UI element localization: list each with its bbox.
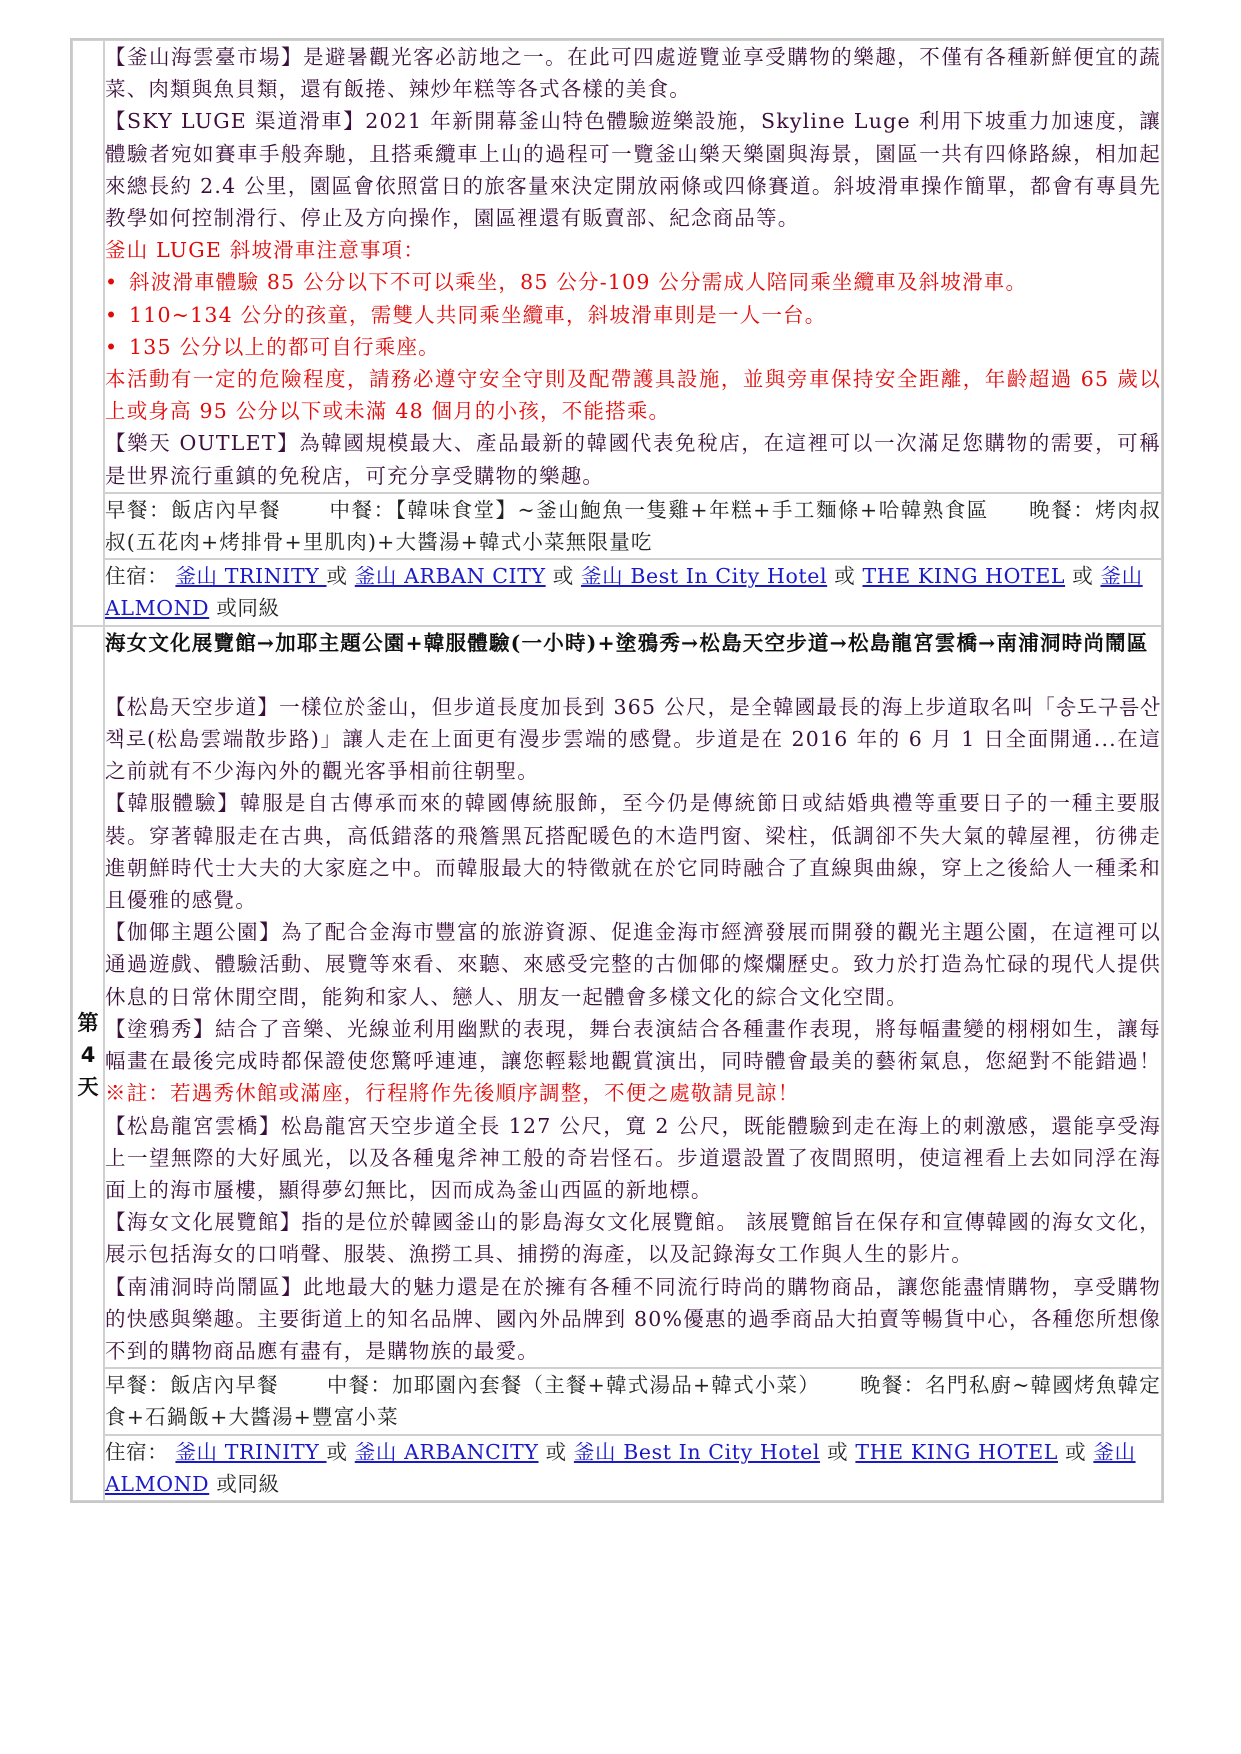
bullet-icon: •	[105, 299, 129, 331]
luge-notice-title: 釜山 LUGE 斜坡滑車注意事項：	[105, 234, 1161, 266]
hotel-link-arbancity[interactable]: 釜山 ARBANCITY	[355, 1440, 539, 1464]
day4-day-label: 第 4 天	[72, 626, 104, 1501]
paragraph-haenyeo-museum: 【海女文化展覽館】指的是位於韓國釜山的影島海女文化展覽館。 該展覽館旨在保存和宣…	[105, 1206, 1161, 1270]
hotel-link-the-king[interactable]: THE KING HOTEL	[855, 1440, 1058, 1464]
day3-day-column	[72, 40, 104, 626]
bullet-icon: •	[105, 266, 129, 298]
paragraph-lotte-outlet: 【樂天 OUTLET】為韓國規模最大、產品最新的韓國代表免稅店，在這裡可以一次滿…	[105, 427, 1161, 491]
day4-route-title: 海女文化展覽館→加耶主題公園+韓服體驗(一小時)+塗鴉秀→松島天空步道→松島龍宮…	[105, 627, 1161, 659]
paragraph-haeundae-market: 【釜山海雲臺市場】是避暑觀光客必訪地之一。在此可四處遊覽並享受購物的樂趣，不僅有…	[105, 41, 1161, 105]
paragraph-hanbok-experience: 【韓服體驗】韓服是自古傳承而來的韓國傳統服飾，至今仍是傳統節日或結婚典禮等重要日…	[105, 787, 1161, 916]
day3-hotel-cell: 住宿： 釜山 TRINITY 或 釜山 ARBAN CITY 或 釜山 Best…	[104, 559, 1162, 625]
lunch: 中餐：【韓味食堂】~釜山鮑魚一隻雞+年糕+手工麵條+哈韓熟食區	[329, 498, 989, 522]
breakfast: 早餐：飯店內早餐	[105, 1373, 279, 1397]
itinerary-page: 【釜山海雲臺市場】是避暑觀光客必訪地之一。在此可四處遊覽並享受購物的樂趣，不僅有…	[70, 38, 1164, 1503]
paragraph-gaya-theme-park: 【伽倻主題公園】為了配合金海市豐富的旅游資源、促進金海市經濟發展而開發的觀光主題…	[105, 916, 1161, 1013]
day3-meals-row: 早餐：飯店內早餐中餐：【韓味食堂】~釜山鮑魚一隻雞+年糕+手工麵條+哈韓熟食區晚…	[72, 493, 1162, 559]
luge-notice-bullet: •110~134 公分的孩童，需雙人共同乘坐纜車，斜坡滑車則是一人一台。	[105, 299, 1161, 331]
day3-attractions-cell: 【釜山海雲臺市場】是避暑觀光客必訪地之一。在此可四處遊覽並享受購物的樂趣，不僅有…	[104, 40, 1162, 493]
day3-meals-cell: 早餐：飯店內早餐中餐：【韓味食堂】~釜山鮑魚一隻雞+年糕+手工麵條+哈韓熟食區晚…	[104, 493, 1162, 559]
paragraph-nampo-dong: 【南浦洞時尚鬧區】此地最大的魅力還是在於擁有各種不同流行時尚的購物商品，讓您能盡…	[105, 1271, 1161, 1368]
hotel-label: 住宿：	[105, 1440, 168, 1464]
breakfast: 早餐：飯店內早餐	[105, 498, 281, 522]
itinerary-table: 【釜山海雲臺市場】是避暑觀光客必訪地之一。在此可四處遊覽並享受購物的樂趣，不僅有…	[70, 38, 1164, 1503]
hotel-link-best-in-city[interactable]: 釜山 Best In City Hotel	[581, 564, 827, 588]
graffiti-note: ※註：若遇秀休館或滿座，行程將作先後順序調整，不便之處敬請見諒！	[105, 1081, 799, 1105]
paragraph-yonggung-bridge: 【松島龍宮雲橋】松島龍宮天空步道全長 127 公尺，寬 2 公尺，既能體驗到走在…	[105, 1110, 1161, 1207]
day4-attractions-cell: 海女文化展覽館→加耶主題公園+韓服體驗(一小時)+塗鴉秀→松島天空步道→松島龍宮…	[104, 626, 1162, 1368]
paragraph-songdo-skywalk: 【松島天空步道】一樣位於釜山，但步道長度加長到 365 公尺，是全韓國最長的海上…	[105, 691, 1161, 788]
luge-notice-bullet: •斜波滑車體驗 85 公分以下不可以乘坐，85 公分-109 公分需成人陪同乘坐…	[105, 266, 1161, 298]
day4-attractions-row: 第 4 天 海女文化展覽館→加耶主題公園+韓服體驗(一小時)+塗鴉秀→松島天空步…	[72, 626, 1162, 1368]
luge-notice-bullet: •135 公分以上的都可自行乘座。	[105, 331, 1161, 363]
hotel-link-the-king[interactable]: THE KING HOTEL	[863, 564, 1066, 588]
paragraph-graffiti-show: 【塗鴉秀】結合了音樂、光線並利用幽默的表現，舞台表演結合各種畫作表現，將每幅畫變…	[105, 1013, 1161, 1110]
hotel-link-arban-city[interactable]: 釜山 ARBAN CITY	[355, 564, 546, 588]
day4-hotel-cell: 住宿： 釜山 TRINITY 或 釜山 ARBANCITY 或 釜山 Best …	[104, 1435, 1162, 1501]
day4-hotel-row: 住宿： 釜山 TRINITY 或 釜山 ARBANCITY 或 釜山 Best …	[72, 1435, 1162, 1501]
bullet-icon: •	[105, 331, 129, 363]
hotel-link-trinity[interactable]: 釜山 TRINITY	[175, 564, 326, 588]
lunch: 中餐：加耶園內套餐（主餐+韓式湯品+韓式小菜）	[327, 1373, 820, 1397]
day4-meals-cell: 早餐：飯店內早餐中餐：加耶園內套餐（主餐+韓式湯品+韓式小菜）晚餐：名門私廚~韓…	[104, 1368, 1162, 1434]
hotel-label: 住宿：	[105, 564, 168, 588]
paragraph-sky-luge: 【SKY LUGE 渠道滑車】2021 年新開幕釜山特色體驗遊樂設施，Skyli…	[105, 105, 1161, 234]
day3-attractions-row: 【釜山海雲臺市場】是避暑觀光客必訪地之一。在此可四處遊覽並享受購物的樂趣，不僅有…	[72, 40, 1162, 493]
hotel-link-best-in-city[interactable]: 釜山 Best In City Hotel	[574, 1440, 820, 1464]
hotel-link-trinity[interactable]: 釜山 TRINITY	[175, 1440, 326, 1464]
day3-hotel-row: 住宿： 釜山 TRINITY 或 釜山 ARBAN CITY 或 釜山 Best…	[72, 559, 1162, 625]
day4-meals-row: 早餐：飯店內早餐中餐：加耶園內套餐（主餐+韓式湯品+韓式小菜）晚餐：名門私廚~韓…	[72, 1368, 1162, 1434]
luge-safety-warning: 本活動有一定的危險程度，請務必遵守安全守則及配帶護具設施，並與旁車保持安全距離，…	[105, 363, 1161, 427]
